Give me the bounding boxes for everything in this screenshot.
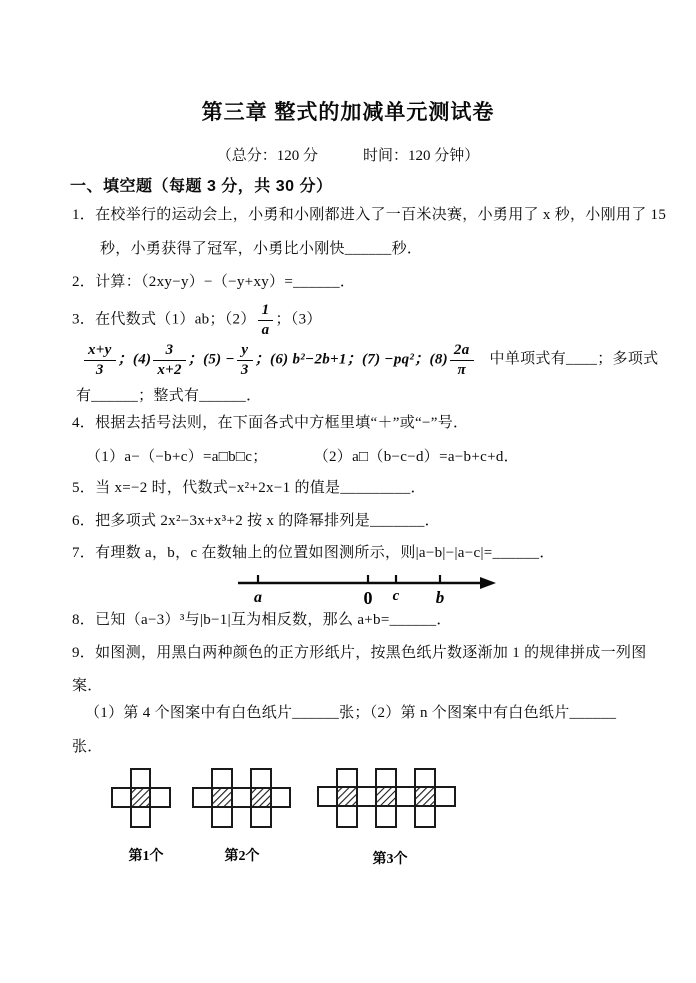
question-9-line-2: 案． — [72, 676, 103, 696]
number-line-label-zero: 0 — [364, 588, 373, 608]
pattern-1: 第1个 — [112, 769, 170, 864]
question-6: 6．把多项式 2x²−3x+x³+2 按 x 的降幂排列是_______． — [72, 511, 440, 531]
question-4-sub-items: （1）a−（−b+c）=a□b□c； （2）a□（b−c−d）=a−b+c+d． — [86, 447, 519, 467]
fraction-y-over-3: y3 — [237, 342, 253, 378]
question-3-line-3: 有______；整式有______． — [76, 386, 261, 406]
number-line-figure: a 0 c b — [230, 562, 500, 610]
question-3-prompt: 中单项式有____；多项式 — [490, 351, 659, 367]
hatched-square — [337, 787, 357, 806]
question-8: 8．已知（a−3）³与|b−1|互为相反数，那么 a+b=______． — [72, 610, 452, 630]
number-line-label-c: c — [393, 588, 400, 604]
pattern-2: 第2个 — [193, 769, 290, 864]
page-title: 第三章 整式的加减单元测试卷 — [0, 96, 696, 126]
fraction-1-over-a: 1a — [258, 302, 274, 338]
question-1-line-2: 秒，小勇获得了冠军，小勇比小刚快______秒． — [100, 239, 422, 259]
question-4: 4．根据去括号法则，在下面各式中方框里填“＋”或“−”号． — [72, 413, 468, 433]
question-7: 7．有理数 a，b，c 在数轴上的位置如图测所示，则|a−b|−|a−c|=__… — [72, 543, 555, 563]
question-5: 5．当 x=−2 时，代数式−x²+2x−1 的值是_________． — [72, 478, 426, 498]
formula-separator-5: ；(5) − — [188, 351, 235, 367]
number-line-label-b: b — [436, 588, 445, 607]
square-pattern-figure: 第1个 第2个 第3个 — [95, 758, 505, 870]
horizontal-strip — [193, 788, 290, 807]
question-3-line-1: 3．在代数式（1）ab；（2）1a；（3） — [72, 302, 322, 338]
section-heading-fill-in-blanks: 一、填空题（每题 3 分，共 30 分） — [70, 173, 332, 196]
number-line-arrowhead — [480, 577, 496, 589]
question-3-after-fraction: ；（3） — [275, 311, 321, 327]
hatched-square — [376, 787, 396, 806]
formula-separator-4: ；(4) — [118, 351, 152, 367]
question-9-sub-items: （1）第 4 个图案中有白色纸片______张；（2）第 n 个图案中有白色纸片… — [85, 703, 616, 723]
pattern-1-label: 第1个 — [129, 847, 164, 864]
hatched-square — [131, 788, 150, 807]
page-subtitle: （总分：120 分 时间：120 分钟） — [0, 144, 696, 165]
number-line-label-a: a — [254, 589, 262, 606]
pattern-3: 第3个 — [318, 769, 455, 867]
pattern-2-label: 第2个 — [225, 847, 260, 864]
question-9-line-1: 9．如图测，用黑白两种颜色的正方形纸片，按黑色纸片数逐渐加 1 的规律拼成一列图 — [72, 643, 647, 663]
pattern-3-label: 第3个 — [373, 850, 408, 867]
question-1-line-1: 1．在校举行的运动会上，小勇和小刚都进入了一百米决赛，小勇用了 x 秒，小刚用了… — [72, 205, 666, 225]
hatched-square — [212, 788, 232, 807]
fraction-3-over-x-plus-2: 3x+2 — [153, 342, 185, 378]
fraction-x-plus-y-over-3: x+y3 — [84, 342, 116, 378]
hatched-square — [251, 788, 271, 807]
test-paper-page: 第三章 整式的加减单元测试卷 （总分：120 分 时间：120 分钟） 一、填空… — [0, 0, 696, 983]
question-2: 2．计算：（2xy−y）−（−y+xy）=______． — [72, 272, 355, 292]
question-9-continuation: 张． — [72, 737, 103, 757]
fraction-2a-over-pi: 2aπ — [450, 342, 474, 378]
question-3-formula-line: x+y3；(4)3x+2；(5) −y3；(6) b²−2b+1；(7) −pq… — [82, 342, 658, 378]
hatched-square — [415, 787, 435, 806]
formula-separator-6-7-8: ；(6) b²−2b+1；(7) −pq²；(8) — [255, 351, 448, 367]
question-3-lead: 3．在代数式（1）ab；（2） — [72, 311, 256, 327]
